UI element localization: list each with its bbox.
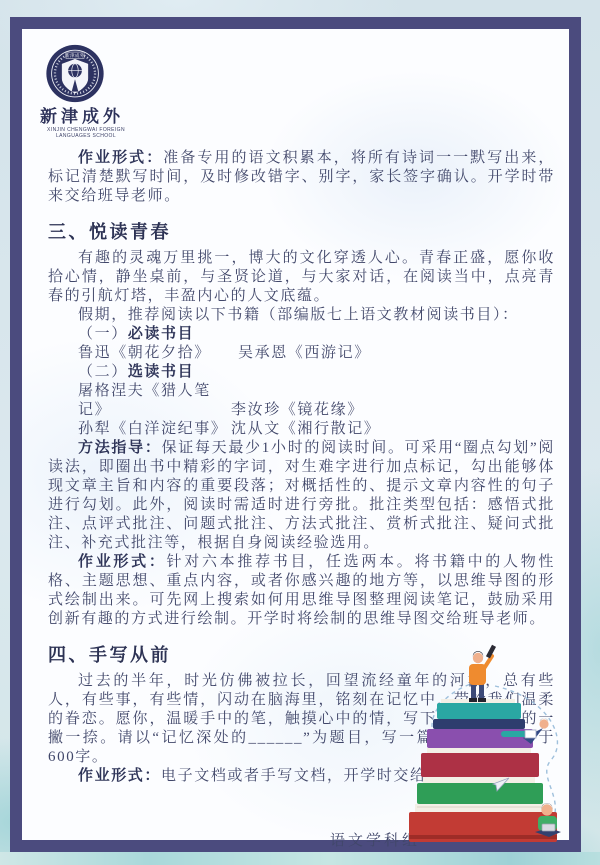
screenshot-root: { "logo": { "name": "新津成外", "subtitle1":… (0, 0, 600, 865)
optional-read-books-row-1: 屠格涅夫《猎人笔记》李汝珍《镜花缘》 (48, 382, 555, 420)
school-emblem-icon: 新津成外 (42, 43, 108, 106)
school-name-en-2: LANGUAGES SCHOOL (40, 133, 132, 139)
must-read-title: 必读书目 (128, 326, 194, 342)
method-guidance-text: 保证每天最少1小时的阅读时间。可采用“圈点勾划”阅读法，即圈出书中精彩的字词，对… (48, 440, 555, 551)
section-3-paragraph-2: 假期，推荐阅读以下书籍（部编版七上语文教材阅读书目）： (48, 306, 555, 325)
must-read-books-row: 鲁迅《朝花夕拾》吴承恩《西游记》 (48, 344, 555, 363)
book-navy (433, 719, 525, 729)
section-3-homework-paragraph: 作业形式：针对六本推荐书目，任选两本。将书籍中的人物性格、主题思想、重点内容，或… (48, 553, 555, 629)
intro-homework-paragraph: 作业形式：准备专用的语文积累本，将所有诗词一一默写出来，标记清楚默写时间，及时修… (48, 149, 555, 206)
method-guidance-label: 方法指导： (78, 440, 162, 456)
book-item: 沈从文《湘行散记》 (231, 421, 380, 437)
intro-homework-label: 作业形式： (78, 150, 163, 166)
school-name: 新津成外 (40, 107, 190, 127)
must-read-number: （一） (78, 326, 128, 342)
optional-read-header: （二）选读书目 (48, 363, 555, 382)
section-3-paragraph-1: 有趣的灵魂万里挑一，博大的文化穿透人心。青春正盛，愿你收拾心情，静坐桌前，与圣贤… (48, 249, 555, 306)
standing-person (469, 645, 496, 702)
book-item: 鲁迅《朝花夕拾》 (78, 344, 238, 363)
book-teal-top (437, 703, 521, 719)
method-guidance-paragraph: 方法指导：保证每天最少1小时的阅读时间。可采用“圈点勾划”阅读法，即圈出书中精彩… (48, 439, 555, 553)
book-stack-illustration (397, 632, 575, 846)
book-item: 吴承恩《西游记》 (238, 345, 371, 361)
book-item: 屠格涅夫《猎人笔记》 (78, 382, 231, 420)
bottom-watercolor-strip (0, 852, 600, 865)
book-item: 孙犁《白洋淀纪事》 (78, 420, 231, 439)
section-4-homework-label: 作业形式： (78, 768, 161, 784)
optional-read-number: （二） (78, 364, 128, 380)
section-3-homework-label: 作业形式： (78, 554, 167, 570)
book-item: 李汝珍《镜花缘》 (231, 402, 364, 418)
school-logo: 新津成外 新津成外 XINJIN CHENGWAI FOREIGN LANGUA… (40, 43, 190, 139)
book-green (417, 783, 543, 804)
section-3-title: 三、悦读青春 (48, 221, 555, 243)
book-crimson (421, 753, 539, 777)
optional-read-books-row-2: 孙犁《白洋淀纪事》沈从文《湘行散记》 (48, 420, 555, 439)
optional-read-title: 选读书目 (128, 364, 194, 380)
must-read-header: （一）必读书目 (48, 325, 555, 344)
document-page: 新津成外 新津成外 XINJIN CHENGWAI FOREIGN LANGUA… (10, 17, 581, 852)
svg-text:新津成外: 新津成外 (65, 52, 85, 59)
